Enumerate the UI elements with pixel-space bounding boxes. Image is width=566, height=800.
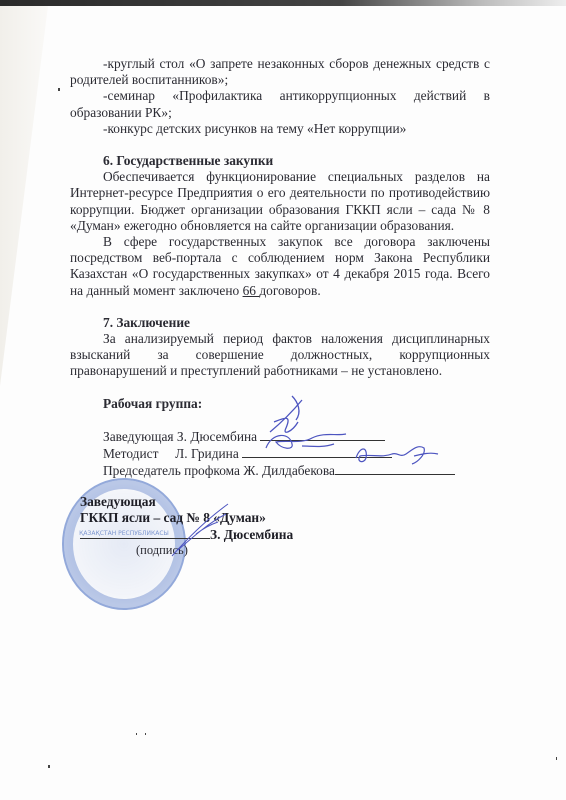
member-row: Методист Л. Гридина	[103, 445, 490, 462]
list-item: -семинар «Профилактика антикоррупционных…	[70, 88, 490, 120]
member-name: Председатель профкома Ж. Дилдабекова	[103, 463, 335, 478]
signature-caption: (подпись)	[136, 543, 188, 558]
approval-block: Заведующая ГККП ясли – сад № 8 «Думан» З…	[80, 494, 293, 543]
paragraph-text: договоров.	[259, 283, 320, 298]
working-group-title: Рабочая группа:	[70, 396, 490, 412]
list-item: -круглый стол «О запрете незаконных сбор…	[70, 56, 490, 88]
approval-organization: ГККП ясли – сад № 8 «Думан»	[80, 510, 293, 526]
signature-line	[80, 526, 210, 539]
contracts-count: 66	[243, 283, 260, 298]
signature-line	[260, 428, 385, 441]
list-item: -конкурс детских рисунков на тему «Нет к…	[70, 121, 490, 137]
approval-title: Заведующая	[80, 494, 293, 510]
scan-speck	[136, 733, 137, 735]
document-body: -круглый стол «О запрете незаконных сбор…	[70, 56, 490, 479]
signature-line	[335, 462, 455, 475]
member-name: Методист Л. Гридина	[103, 446, 239, 461]
section-heading: 6. Государственные закупки	[70, 153, 490, 169]
approval-signer: З. Дюсембина	[210, 527, 293, 542]
scan-speck	[58, 88, 60, 91]
paragraph: Обеспечивается функционирование специаль…	[70, 169, 490, 234]
member-name: Заведующая З. Дюсембина	[103, 429, 257, 444]
signature-line	[242, 445, 392, 458]
scan-speck	[145, 733, 146, 735]
section-heading: 7. Заключение	[70, 315, 490, 331]
paragraph: В сфере государственных закупок все дого…	[70, 234, 490, 299]
scan-speck	[556, 757, 557, 760]
scan-speck	[48, 765, 50, 768]
working-group-list: Заведующая З. Дюсембина Методист Л. Грид…	[70, 428, 490, 480]
paragraph: За анализируемый период фактов наложения…	[70, 331, 490, 380]
member-row: Председатель профкома Ж. Дилдабекова	[103, 462, 490, 479]
member-row: Заведующая З. Дюсембина	[103, 428, 490, 445]
approval-signer-row: З. Дюсембина	[80, 526, 293, 543]
